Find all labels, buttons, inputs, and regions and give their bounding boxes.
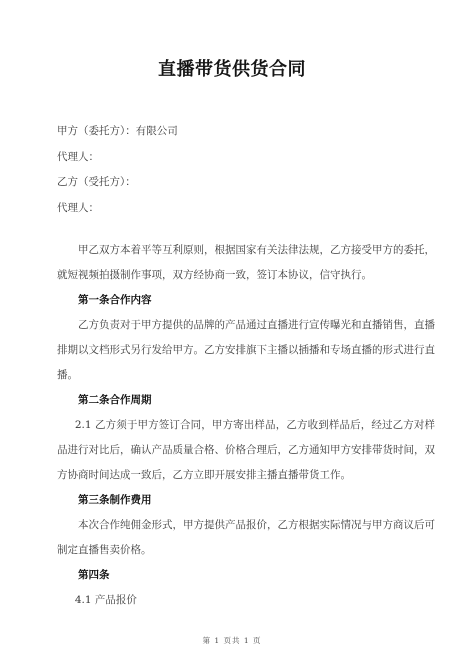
- parties-block: 甲方（委托方）：有限公司 代理人： 乙方（受托方）： 代理人：: [57, 119, 435, 221]
- document-body: 甲乙双方本着平等互利原则，根据国家有关法律法规，乙方接受甲方的委托，就短视频拍摄…: [57, 238, 435, 613]
- preamble-paragraph: 甲乙双方本着平等互利原则，根据国家有关法律法规，乙方接受甲方的委托，就短视频拍摄…: [57, 238, 435, 288]
- section-3-paragraph: 本次合作纯佣金形式，甲方提供产品报价，乙方根据实际情况与甲方商议后可制定直播售卖…: [57, 513, 435, 563]
- section-2-heading: 第二条合作周期: [57, 388, 435, 413]
- section-4-paragraph: 4.1 产品报价: [57, 588, 435, 613]
- party-line-b-agent: 代理人：: [57, 196, 435, 222]
- section-3-heading: 第三条制作费用: [57, 488, 435, 513]
- document-page: 直播带货供货合同 甲方（委托方）：有限公司 代理人： 乙方（受托方）： 代理人：…: [0, 0, 463, 655]
- section-2-paragraph: 2.1 乙方须于甲方签订合同，甲方寄出样品，乙方收到样品后，经过乙方对样品进行对…: [57, 413, 435, 488]
- party-line-a: 甲方（委托方）：有限公司: [57, 119, 435, 145]
- section-4-heading: 第四条: [57, 563, 435, 588]
- page-number-indicator: 第 1 页共 1 页: [43, 635, 421, 646]
- section-1-heading: 第一条合作内容: [57, 288, 435, 313]
- section-1-paragraph: 乙方负责对于甲方提供的品牌的产品通过直播进行宣传曝光和直播销售，直播排期以文档形…: [57, 313, 435, 388]
- party-line-b: 乙方（受托方）：: [57, 170, 435, 196]
- document-title: 直播带货供货合同: [43, 57, 421, 83]
- party-line-a-agent: 代理人：: [57, 145, 435, 171]
